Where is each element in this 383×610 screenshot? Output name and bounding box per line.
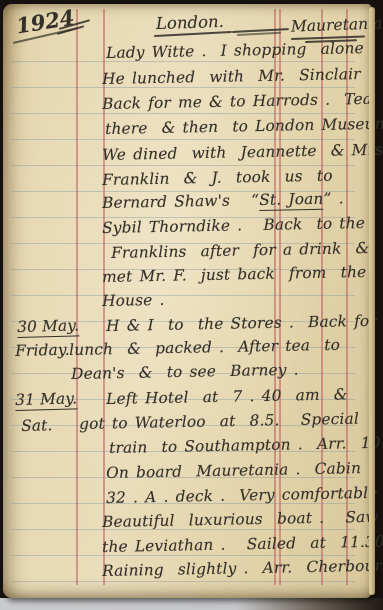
year-heading: 1924 bbox=[15, 7, 76, 37]
diary-line: House . bbox=[102, 293, 165, 309]
diary-line: Bernard Shaw's “St. Joan” . bbox=[102, 191, 344, 211]
red-margin-rule bbox=[76, 9, 78, 585]
notebook-page: 1924 London. Mauretania Lady Witte . I s… bbox=[3, 4, 371, 598]
diary-line: Lady Witte . I shopping alone . bbox=[106, 41, 376, 61]
page-edge-stack bbox=[369, 7, 375, 595]
diary-date: Sat. bbox=[21, 418, 53, 434]
diary-date: 31 May. bbox=[15, 391, 77, 408]
diary-date: 30 May. bbox=[17, 318, 79, 335]
table-surface bbox=[0, 598, 383, 610]
diary-date: Friday. bbox=[15, 343, 70, 360]
place-heading: London. bbox=[156, 14, 224, 33]
diary-photo: 1924 London. Mauretania Lady Witte . I s… bbox=[0, 0, 383, 610]
